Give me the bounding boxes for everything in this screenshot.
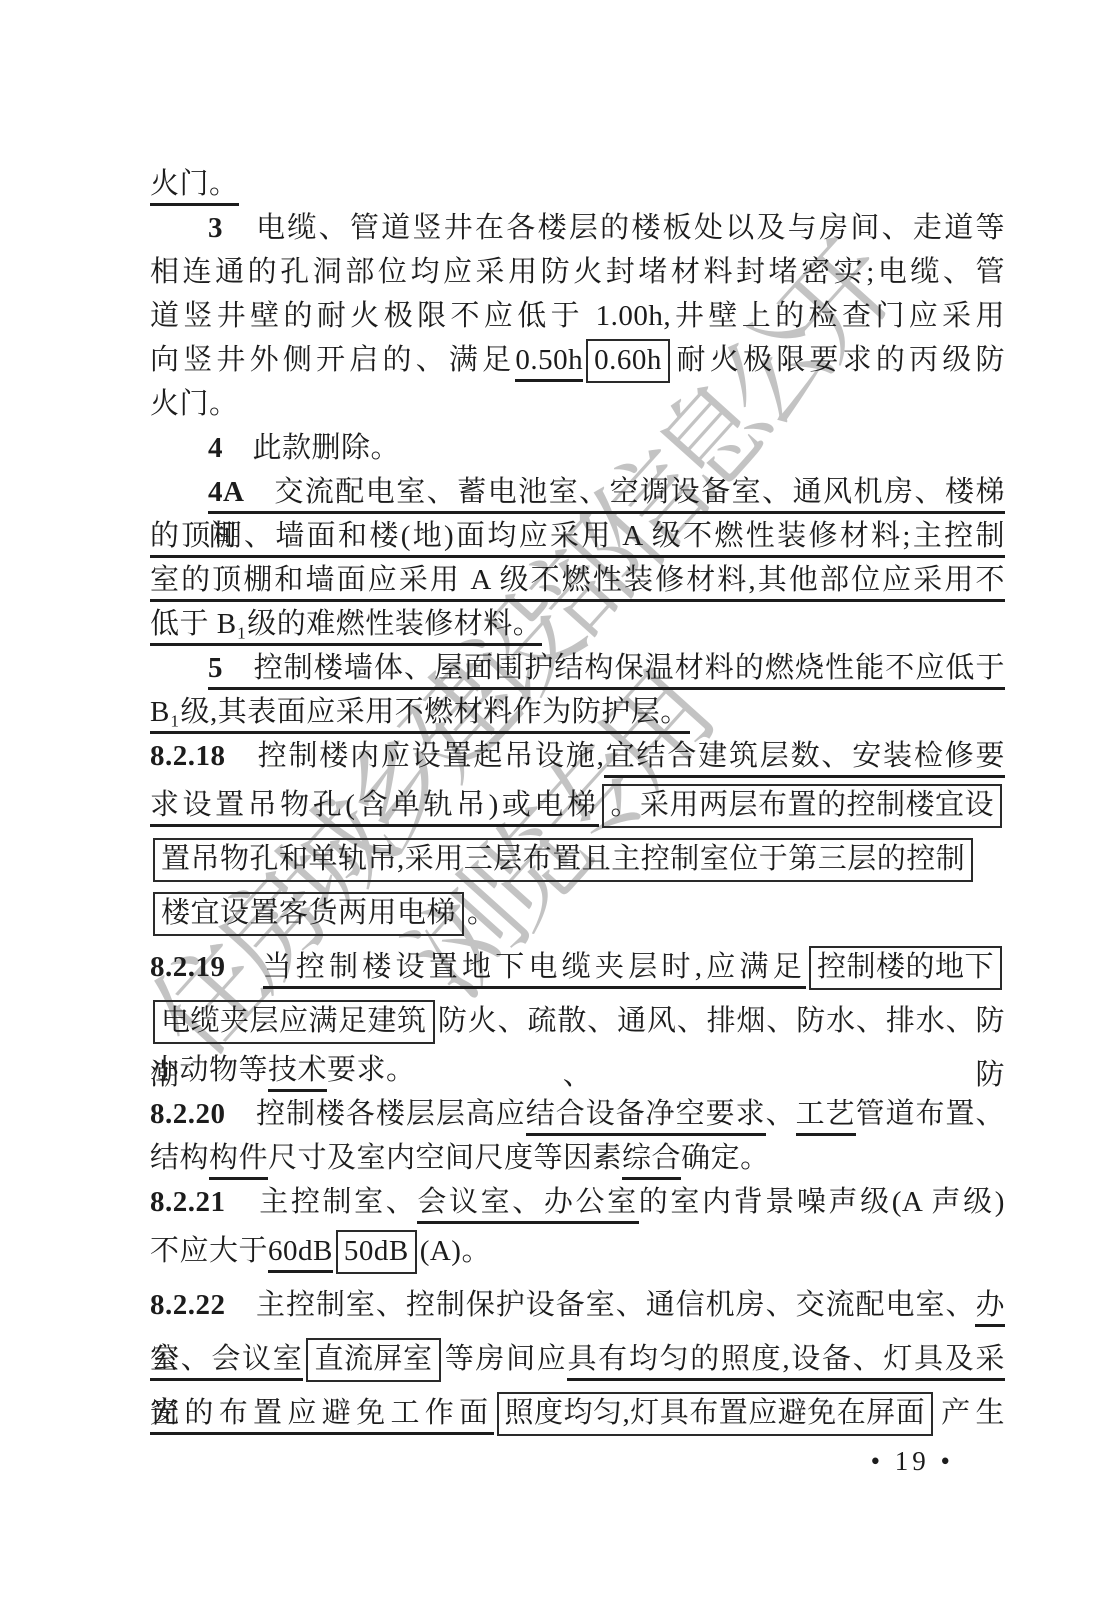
text-line: 4 此款删除。 — [150, 426, 1005, 470]
text-line: B₁级,其表面应采用不燃材料作为防护层。 — [150, 690, 1005, 734]
underlined-revision-text: 结合设备净空要求 — [526, 1098, 766, 1136]
text-segment: 道竖井壁的耐火极限不应低于 1.00h,井壁上的检查门应采用 — [150, 300, 1005, 332]
text-segment: 确定。 — [681, 1142, 770, 1174]
text-segment: 相连通的孔洞部位均应采用防火封堵材料封堵密实;电缆、管 — [150, 256, 1005, 288]
text-line: 4A 交流配电室、蓄电池室、空调设备室、通风机房、楼梯间 — [150, 470, 1005, 514]
underlined-revision-text: 60dB — [268, 1235, 333, 1273]
text-line: 的顶棚、墙面和楼(地)面均应采用 A 级不燃性装修材料;主控制 — [150, 514, 1005, 558]
text-line: 8.2.20 控制楼各楼层层高应结合设备净空要求、工艺管道布置、 — [150, 1092, 1005, 1136]
text-segment: 管道布置、 — [856, 1098, 1005, 1130]
text-segment: 8.2.18 — [150, 740, 258, 772]
revision-insert-box: 楼宜设置客货两用电梯 — [153, 892, 464, 936]
text-segment: 结构 — [150, 1142, 209, 1174]
text-segment: 8.2.20 — [150, 1098, 256, 1130]
text-segment: 8.2.22 — [150, 1289, 256, 1321]
underlined-revision-text: B₁级,其表面应采用不燃材料作为防护层。 — [150, 696, 690, 734]
text-segment: 等房间应 — [444, 1343, 568, 1375]
text-line: 火门。 — [150, 382, 1005, 426]
underlined-revision-text: 低于 B₁级的难燃性装修材料。 — [150, 608, 542, 646]
text-line: 电缆夹层应满足建筑防火、疏散、通风、排烟、防水、排水、防潮、防 — [150, 994, 1005, 1048]
text-segment: 。 — [467, 897, 497, 929]
document-page: 住房城乡建设部信息公开 浏览专用 火门。3 电缆、管道竖井在各楼层的楼板处以及与… — [0, 0, 1102, 1598]
text-line: 置吊物孔和单轨吊,采用三层布置且主控制室位于第三层的控制 — [150, 832, 1005, 886]
underlined-revision-text: 会议室、办公室 — [417, 1186, 638, 1224]
revision-insert-box: 置吊物孔和单轨吊,采用三层布置且主控制室位于第三层的控制 — [153, 838, 973, 882]
text-line: 不应大于60dB50dB(A)。 — [150, 1224, 1005, 1278]
text-line: 火门。 — [150, 162, 1005, 206]
underlined-revision-text: 工艺 — [796, 1098, 856, 1136]
underlined-revision-text: 宜结合建筑层数、安装检修要 — [604, 740, 1005, 778]
text-segment: 的室内背景噪声级(A 声级) — [639, 1186, 1005, 1218]
revision-insert-box: 直流屏室 — [306, 1338, 440, 1382]
text-segment: 尺寸及室内空间尺度等因素 — [268, 1142, 622, 1174]
underlined-revision-text: 室、会议室 — [150, 1343, 303, 1381]
underlined-revision-text: 求设置吊物孔(含单轨吊)或电梯 — [150, 789, 599, 827]
text-line: 3 电缆、管道竖井在各楼层的楼板处以及与房间、走道等 — [150, 206, 1005, 250]
text-segment: 4 — [208, 432, 253, 464]
underlined-revision-text: 构件 — [209, 1142, 268, 1180]
underlined-revision-text: 综合 — [622, 1142, 681, 1180]
text-segment: 控制楼各楼层层高应 — [256, 1098, 526, 1130]
revision-insert-box: 照度均匀,灯具布置应避免在屏面 — [497, 1392, 934, 1436]
text-line: 8.2.19 当控制楼设置地下电缆夹层时,应满足控制楼的地下 — [150, 940, 1005, 994]
underlined-revision-text: 技术 — [268, 1054, 327, 1092]
text-segment: 、 — [766, 1098, 796, 1130]
text-line: 结构构件尺寸及室内空间尺度等因素综合确定。 — [150, 1136, 1005, 1180]
revision-insert-box: 控制楼的地下 — [809, 946, 1002, 990]
text-segment: 小动物等 — [150, 1054, 268, 1086]
text-segment: 向竖井外侧开启的、满足 — [150, 344, 515, 376]
document-content: 火门。3 电缆、管道竖井在各楼层的楼板处以及与房间、走道等相连通的孔洞部位均应采… — [150, 162, 1005, 1440]
text-segment: 耐火极限要求的丙级防 — [673, 344, 1005, 376]
underlined-revision-text: 控制楼墙体、屋面围护结构保温材料的燃烧性能不应低于 — [254, 652, 1005, 690]
text-segment: (A)。 — [420, 1235, 491, 1267]
text-line: 道竖井壁的耐火极限不应低于 1.00h,井壁上的检查门应采用 — [150, 294, 1005, 338]
text-line: 室、会议室直流屏室等房间应具有均匀的照度,设备、灯具及采光 — [150, 1332, 1005, 1386]
page-number: • 19 • — [871, 1446, 954, 1477]
text-segment: 此款删除。 — [253, 432, 401, 464]
revision-insert-box: 。采用两层布置的控制楼宜设 — [602, 784, 1002, 828]
underlined-revision-text: 4A — [208, 476, 274, 514]
text-line: 8.2.21 主控制室、会议室、办公室的室内背景噪声级(A 声级) — [150, 1180, 1005, 1224]
text-line: 8.2.18 控制楼内应设置起吊设施,宜结合建筑层数、安装检修要 — [150, 734, 1005, 778]
text-segment: 不应大于 — [150, 1235, 268, 1267]
text-line: 相连通的孔洞部位均应采用防火封堵材料封堵密实;电缆、管 — [150, 250, 1005, 294]
text-segment: 要求。 — [327, 1054, 416, 1086]
underlined-revision-text: 当控制楼设置地下电缆夹层时,应满足 — [263, 951, 806, 989]
revision-insert-box: 0.60h — [586, 339, 670, 383]
underlined-revision-text: 的顶棚、墙面和楼(地)面均应采用 A 级不燃性装修材料;主控制 — [150, 520, 1005, 558]
text-segment: 火门。 — [150, 388, 239, 420]
text-line: 5 控制楼墙体、屋面围护结构保温材料的燃烧性能不应低于 — [150, 646, 1005, 690]
text-segment: 产生 — [936, 1397, 1005, 1429]
text-line: 低于 B₁级的难燃性装修材料。 — [150, 602, 1005, 646]
underlined-revision-text: 室的顶棚和墙面应采用 A 级不燃性装修材料,其他部位应采用不 — [150, 564, 1005, 602]
underlined-revision-text: 窗的布置应避免工作面 — [150, 1397, 494, 1435]
revision-insert-box: 电缆夹层应满足建筑 — [153, 1000, 435, 1044]
revision-insert-box: 50dB — [336, 1230, 417, 1274]
text-segment: 主控制室、 — [259, 1186, 417, 1218]
text-line: 窗的布置应避免工作面照度均匀,灯具布置应避免在屏面产生 — [150, 1386, 1005, 1440]
text-line: 8.2.22 主控制室、控制保护设备室、通信机房、交流配电室、办公 — [150, 1278, 1005, 1332]
text-line: 求设置吊物孔(含单轨吊)或电梯。采用两层布置的控制楼宜设 — [150, 778, 1005, 832]
underlined-revision-text: 0.50h — [515, 344, 583, 382]
text-segment: 控制楼内应设置起吊设施, — [258, 740, 605, 772]
text-line: 向竖井外侧开启的、满足0.50h0.60h耐火极限要求的丙级防 — [150, 338, 1005, 382]
underlined-revision-text: 5 — [208, 652, 254, 690]
text-line: 楼宜设置客货两用电梯。 — [150, 886, 1005, 940]
text-segment: 主控制室、控制保护设备室、通信机房、交流配电室、 — [256, 1289, 976, 1321]
text-line: 室的顶棚和墙面应采用 A 级不燃性装修材料,其他部位应采用不 — [150, 558, 1005, 602]
underlined-revision-text: 火门。 — [150, 168, 239, 206]
text-segment: 3 — [208, 212, 256, 244]
text-segment: 8.2.19 — [150, 951, 263, 983]
text-segment: 电缆、管道竖井在各楼层的楼板处以及与房间、走道等 — [256, 212, 1005, 244]
text-segment: 8.2.21 — [150, 1186, 259, 1218]
